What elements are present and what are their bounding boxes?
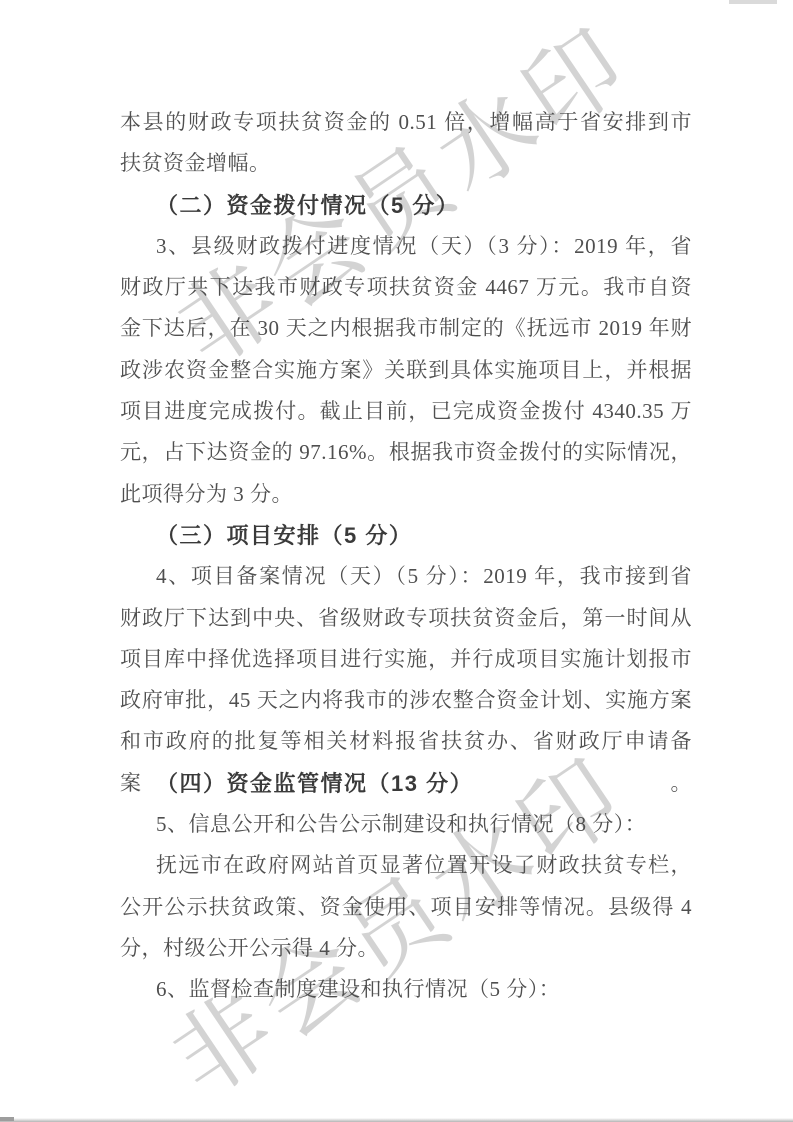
text-line: 5、信息公开和公告公示制建设和执行情况（8 分）：	[120, 804, 692, 845]
document-body: 本县的财政专项扶贫资金的 0.51 倍，增幅高于省安排到市扶贫资金增幅。（二）资…	[120, 102, 692, 1011]
section-heading: （三）项目安排（5 分）	[120, 515, 692, 556]
text-line: 元，占下达资金的 97.16%。根据我市资金拨付的实际情况，	[120, 432, 692, 473]
text-line: 财政厅下达到中央、省级财政专项扶贫资金后，第一时间从	[120, 598, 692, 639]
text-line: 公开公示扶贫政策、资金使用、项目安排等情况。县级得 4	[120, 887, 692, 928]
text-line: 抚远市在政府网站首页显著位置开设了财政扶贫专栏，	[120, 845, 692, 886]
text-line: 扶贫资金增幅。	[120, 143, 692, 184]
text-line: 分，村级公开公示得 4 分。	[120, 928, 692, 969]
text-line: 本县的财政专项扶贫资金的 0.51 倍，增幅高于省安排到市	[120, 102, 692, 143]
text-line: 6、监督检查制度建设和执行情况（5 分）：	[120, 969, 692, 1010]
scan-edge-artifact-bottom-left	[0, 1117, 14, 1121]
text-line: 此项得分为 3 分。	[120, 474, 692, 515]
text-line: 和市政府的批复等相关材料报省扶贫办、省财政厅申请备案。	[120, 721, 692, 762]
text-line: 4、项目备案情况（天）（5 分）：2019 年，我市接到省	[120, 556, 692, 597]
text-line: 项目进度完成拨付。截止目前，已完成资金拨付 4340.35 万	[120, 391, 692, 432]
text-line: 项目库中择优选择项目进行实施，并行成项目实施计划报市	[120, 639, 692, 680]
scanned-page: 非会员水印 非会员水印 本县的财政专项扶贫资金的 0.51 倍，增幅高于省安排到…	[0, 0, 793, 1122]
scan-edge-artifact-bottom	[0, 1118, 793, 1122]
text-line: 政府审批，45 天之内将我市的涉农整合资金计划、实施方案	[120, 680, 692, 721]
text-line: 3、县级财政拨付进度情况（天）（3 分）：2019 年，省	[120, 226, 692, 267]
scan-edge-artifact-top-right	[729, 0, 777, 4]
text-line: 金下达后，在 30 天之内根据我市制定的《抚远市 2019 年财	[120, 308, 692, 349]
text-line: 财政厅共下达我市财政专项扶贫资金 4467 万元。我市自资	[120, 267, 692, 308]
section-heading: （二）资金拨付情况（5 分）	[120, 185, 692, 226]
text-line: 政涉农资金整合实施方案》关联到具体实施项目上，并根据	[120, 350, 692, 391]
